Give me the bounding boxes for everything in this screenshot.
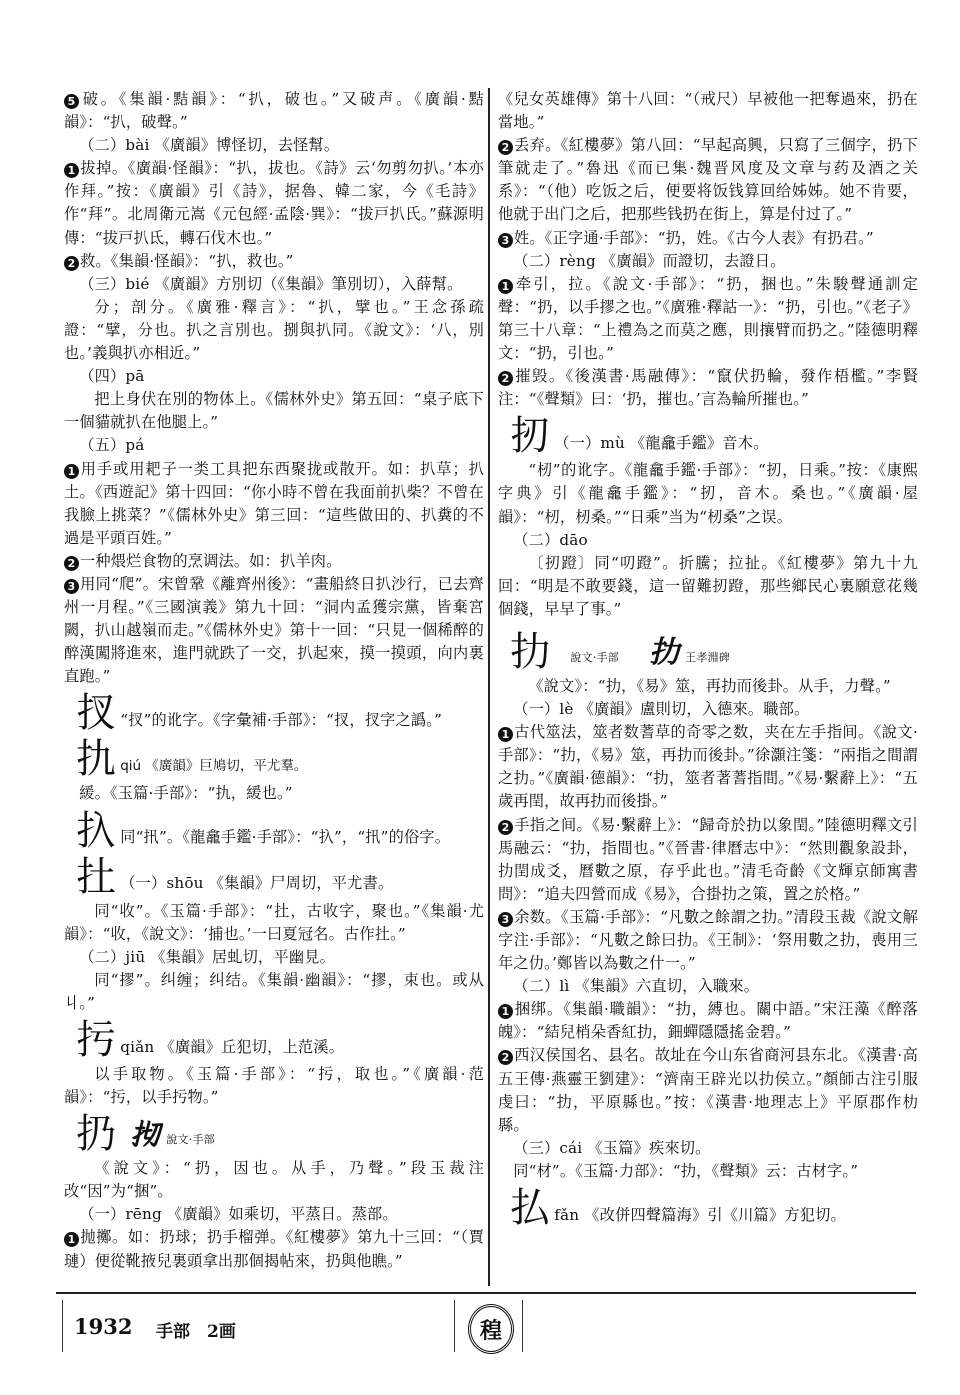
footer-rule [56,1292,916,1294]
definition: 1牵引，拉。《說文·手部》：“扔，捆也。”朱駿聲通訓定聲：“扔，以手摎之也。”《… [498,273,918,365]
circled-number: 2 [498,1050,513,1065]
definition: 1拔掉。《廣韻·怪韻》：“扒，拔也。《詩》云‘勿剪勿扒。’本亦作拜。”按：《廣韻… [64,157,484,249]
dictionary-page: 5破。《集韻·黠韻》：“扒，破也。”又破声。《廣韻·黠韻》：“扒，破聲。” （二… [64,88,916,1288]
entry-head: 扗 （一）shōu 《集韻》尸周切，平尤書。 [64,856,484,898]
entry-head: 扏 qiú 《廣韻》巨鳩切，平尤羣。 [64,738,484,780]
circled-number: 2 [498,140,513,155]
pronunciation-line: （二）lì 《集韻》六直切，入職來。 [498,975,918,998]
definition: 2救。《集韻·怪韻》：“扒，救也。” [64,250,484,273]
circled-number: 2 [498,820,513,835]
pronunciation-line: （一）lè 《廣韻》盧則切，入德來。職部。 [498,698,918,721]
definition: 〔扨蹬〕同“叨蹬”。折騰；拉扯。《紅樓夢》第九十九回：“明是不敢要錢，這一留難扨… [498,552,918,621]
footer-divider [62,1300,63,1352]
entry-head: 扨 （一）mù 《龍龕手鑑》音木。 [498,415,918,457]
definition: 把上身伏在別的物体上。《儒林外史》第五回：“桌子底下一個貓就扒在他腿上。” [64,388,484,434]
circled-number: 1 [498,279,513,294]
definition: 3姓。《正字通·手部》：“扔，姓。《古今人表》有扔君。” [498,227,918,250]
definition: 3余数。《玉篇·手部》：“凡數之餘謂之扐。”清段玉裁《說文解字注·手部》：“凡數… [498,906,918,975]
pronunciation-line: （一）rēng 《廣韻》如乘切，平蒸日。蒸部。 [64,1203,484,1226]
circled-number: 1 [64,163,79,178]
circled-number: 1 [64,1232,79,1247]
page-footer: 1932 手部 2画 䅣 [56,1296,916,1356]
definition: 2西汉侯国名、县名。故址在今山东省商河县东北。《漢書·高五王傳·燕靈王劉建》：“… [498,1044,918,1136]
circled-number: 3 [498,912,513,927]
column-divider [488,88,490,1286]
pronunciation-line: （二）rèng 《廣韻》而證切，去證日。 [498,250,918,273]
seal-source-label: 說文·手部 [166,1128,215,1155]
definition: 《說文》：“扐，《易》筮，再扐而後卦。从手，力聲。” [498,675,918,698]
entry-head: 扠 “扠”的讹字。《字彙補·手部》：“扠，扠字之譌。” [64,692,484,734]
headword: 扔 [76,1113,116,1155]
seal-source-label: 說文·手部 [570,646,619,673]
definition: 《說文》：“扔，因也。从手，乃聲。”段玉裁注改“因”为“捆”。 [64,1157,484,1203]
definition: 2手指之间。《易·繫辭上》：“歸奇於扐以象閏。”陸德明釋文引馬融云：“扐，指間也… [498,814,918,906]
pronunciation-line: （三）bié 《廣韻》方別切（《集韻》筆別切），入薛幫。 [64,273,484,296]
entry-head: 扖 同“扟”。《龍龕手鑑·手部》：“扖”，“扟”的俗字。 [64,810,484,852]
page-number: 1932 [74,1314,132,1339]
headword: 扏 [76,738,116,780]
pronunciation-line: （二）dāo [498,529,918,552]
circled-number: 1 [498,727,513,742]
entry-head: 扔 𢪃 說文·手部 [64,1113,484,1155]
left-column: 5破。《集韻·黠韻》：“扒，破也。”又破声。《廣韻·黠韻》：“扒，破聲。” （二… [64,88,484,1273]
definition: 緩。《玉篇·手部》：“扏，緩也。” [64,782,484,805]
circled-number: 3 [498,233,513,248]
headword: 扝 [76,1019,116,1061]
publisher-emblem-icon: 䅣 [468,1304,514,1354]
entry-head: 払 fǎn 《改併四聲篇海》引《川篇》方犯切。 [498,1187,918,1229]
circled-number: 3 [64,579,79,594]
circled-number: 2 [64,556,79,571]
definition: 2摧毁。《後漢書·馬融傳》：“竄伏扔輪，發作梧檻。”李賢注：“《聲類》曰：‘扔，… [498,365,918,411]
pronunciation-line: （二）bài 《廣韻》博怪切，去怪幫。 [64,134,484,157]
entry-head: 扝 qiǎn 《廣韻》丘犯切，上范溪。 [64,1019,484,1061]
definition: 同“摎”。纠缠；纠结。《集韻·幽韻》：“摎，束也。或从丩。” [64,969,484,1015]
footer-divider [522,1300,523,1352]
pronunciation-line: （三）cái 《玉篇》疾來切。 [498,1137,918,1160]
seal-script-glyph: 𢪃 [130,1115,160,1155]
definition: 3用同“爬”。宋曾鞏《離齊州後》：“畫船終日扒沙行，已去齊州一月程。”《三國演義… [64,573,484,688]
definition: 以手取物。《玉篇·手部》：“扝，取也。”《廣韻·范韻》：“扝，以手扝物。” [64,1063,484,1109]
definition: 1古代筮法，筮者数蓍草的奇零之数，夹在左手指间。《說文·手部》：“扐，《易》筮，… [498,721,918,813]
definition: 分；剖分。《廣雅·釋言》：“扒，擘也。”王念孫疏證：“擘，分也。扒之言別也。捌與… [64,296,484,365]
definition: “杒”的讹字。《龍龕手鑑·手部》：“扨，日乘。”按：《康熙字典》引《龍龕手鑑》：… [498,459,918,528]
definition: 《兒女英雄傳》第十八回：“（戒尺）早被他一把奪過來，扔在當地。” [498,88,918,134]
pronunciation-line: （二）jiū 《集韻》居虬切，平幽見。 [64,946,484,969]
definition: 同“收”。《玉篇·手部》：“扗，古收字，聚也。”《集韻·尤韻》：“收，《說文》：… [64,900,484,946]
definition: 同“材”。《玉篇·力部》：“扐，《聲類》云：古材字。” [498,1160,918,1183]
definition: 1抛擲。如：扔球；扔手榴弹。《紅樓夢》第九十三回：“（賈璉）便從靴掖兒裏頭拿出那… [64,1226,484,1272]
headword: 扐 [510,631,550,673]
section-label: 手部 2画 [156,1317,236,1342]
headword: 扨 [510,415,550,457]
pronunciation-line: （四）pā [64,365,484,388]
clerical-source-label: 王孝淵碑 [685,646,730,673]
pronunciation-line: （五）pá [64,434,484,457]
circled-number: 1 [64,464,79,479]
circled-number: 1 [498,1004,513,1019]
circled-number: 2 [64,256,79,271]
circled-number: 5 [64,94,79,109]
headword: 扗 [76,856,116,898]
definition: 2一种煨烂食物的烹调法。如：扒羊肉。 [64,550,484,573]
headword: 扠 [76,692,116,734]
clerical-script-glyph: 扐 [649,633,679,673]
definition: 1用手或用耙子一类工具把东西聚拢或散开。如：扒草；扒土。《西遊記》第十四回：“你… [64,458,484,550]
circled-number: 2 [498,371,513,386]
definition: 2丢弃。《紅樓夢》第八回：“早起高興，只寫了三個字，扔下筆就走了。”魯迅《而已集… [498,134,918,226]
right-column: 《兒女英雄傳》第十八回：“（戒尺）早被他一把奪過來，扔在當地。” 2丢弃。《紅樓… [498,88,918,1231]
footer-divider [454,1300,455,1352]
definition: 1捆绑。《集韻·職韻》：“扐，縛也。關中語。”宋汪藻《醉落魄》：“結兒梢朵香紅扐… [498,998,918,1044]
definition: 5破。《集韻·黠韻》：“扒，破也。”又破声。《廣韻·黠韻》：“扒，破聲。” [64,88,484,134]
headword: 払 [510,1187,550,1229]
headword: 扖 [76,810,116,852]
entry-head: 扐 𢪆 說文·手部 扐 王孝淵碑 [498,631,918,673]
